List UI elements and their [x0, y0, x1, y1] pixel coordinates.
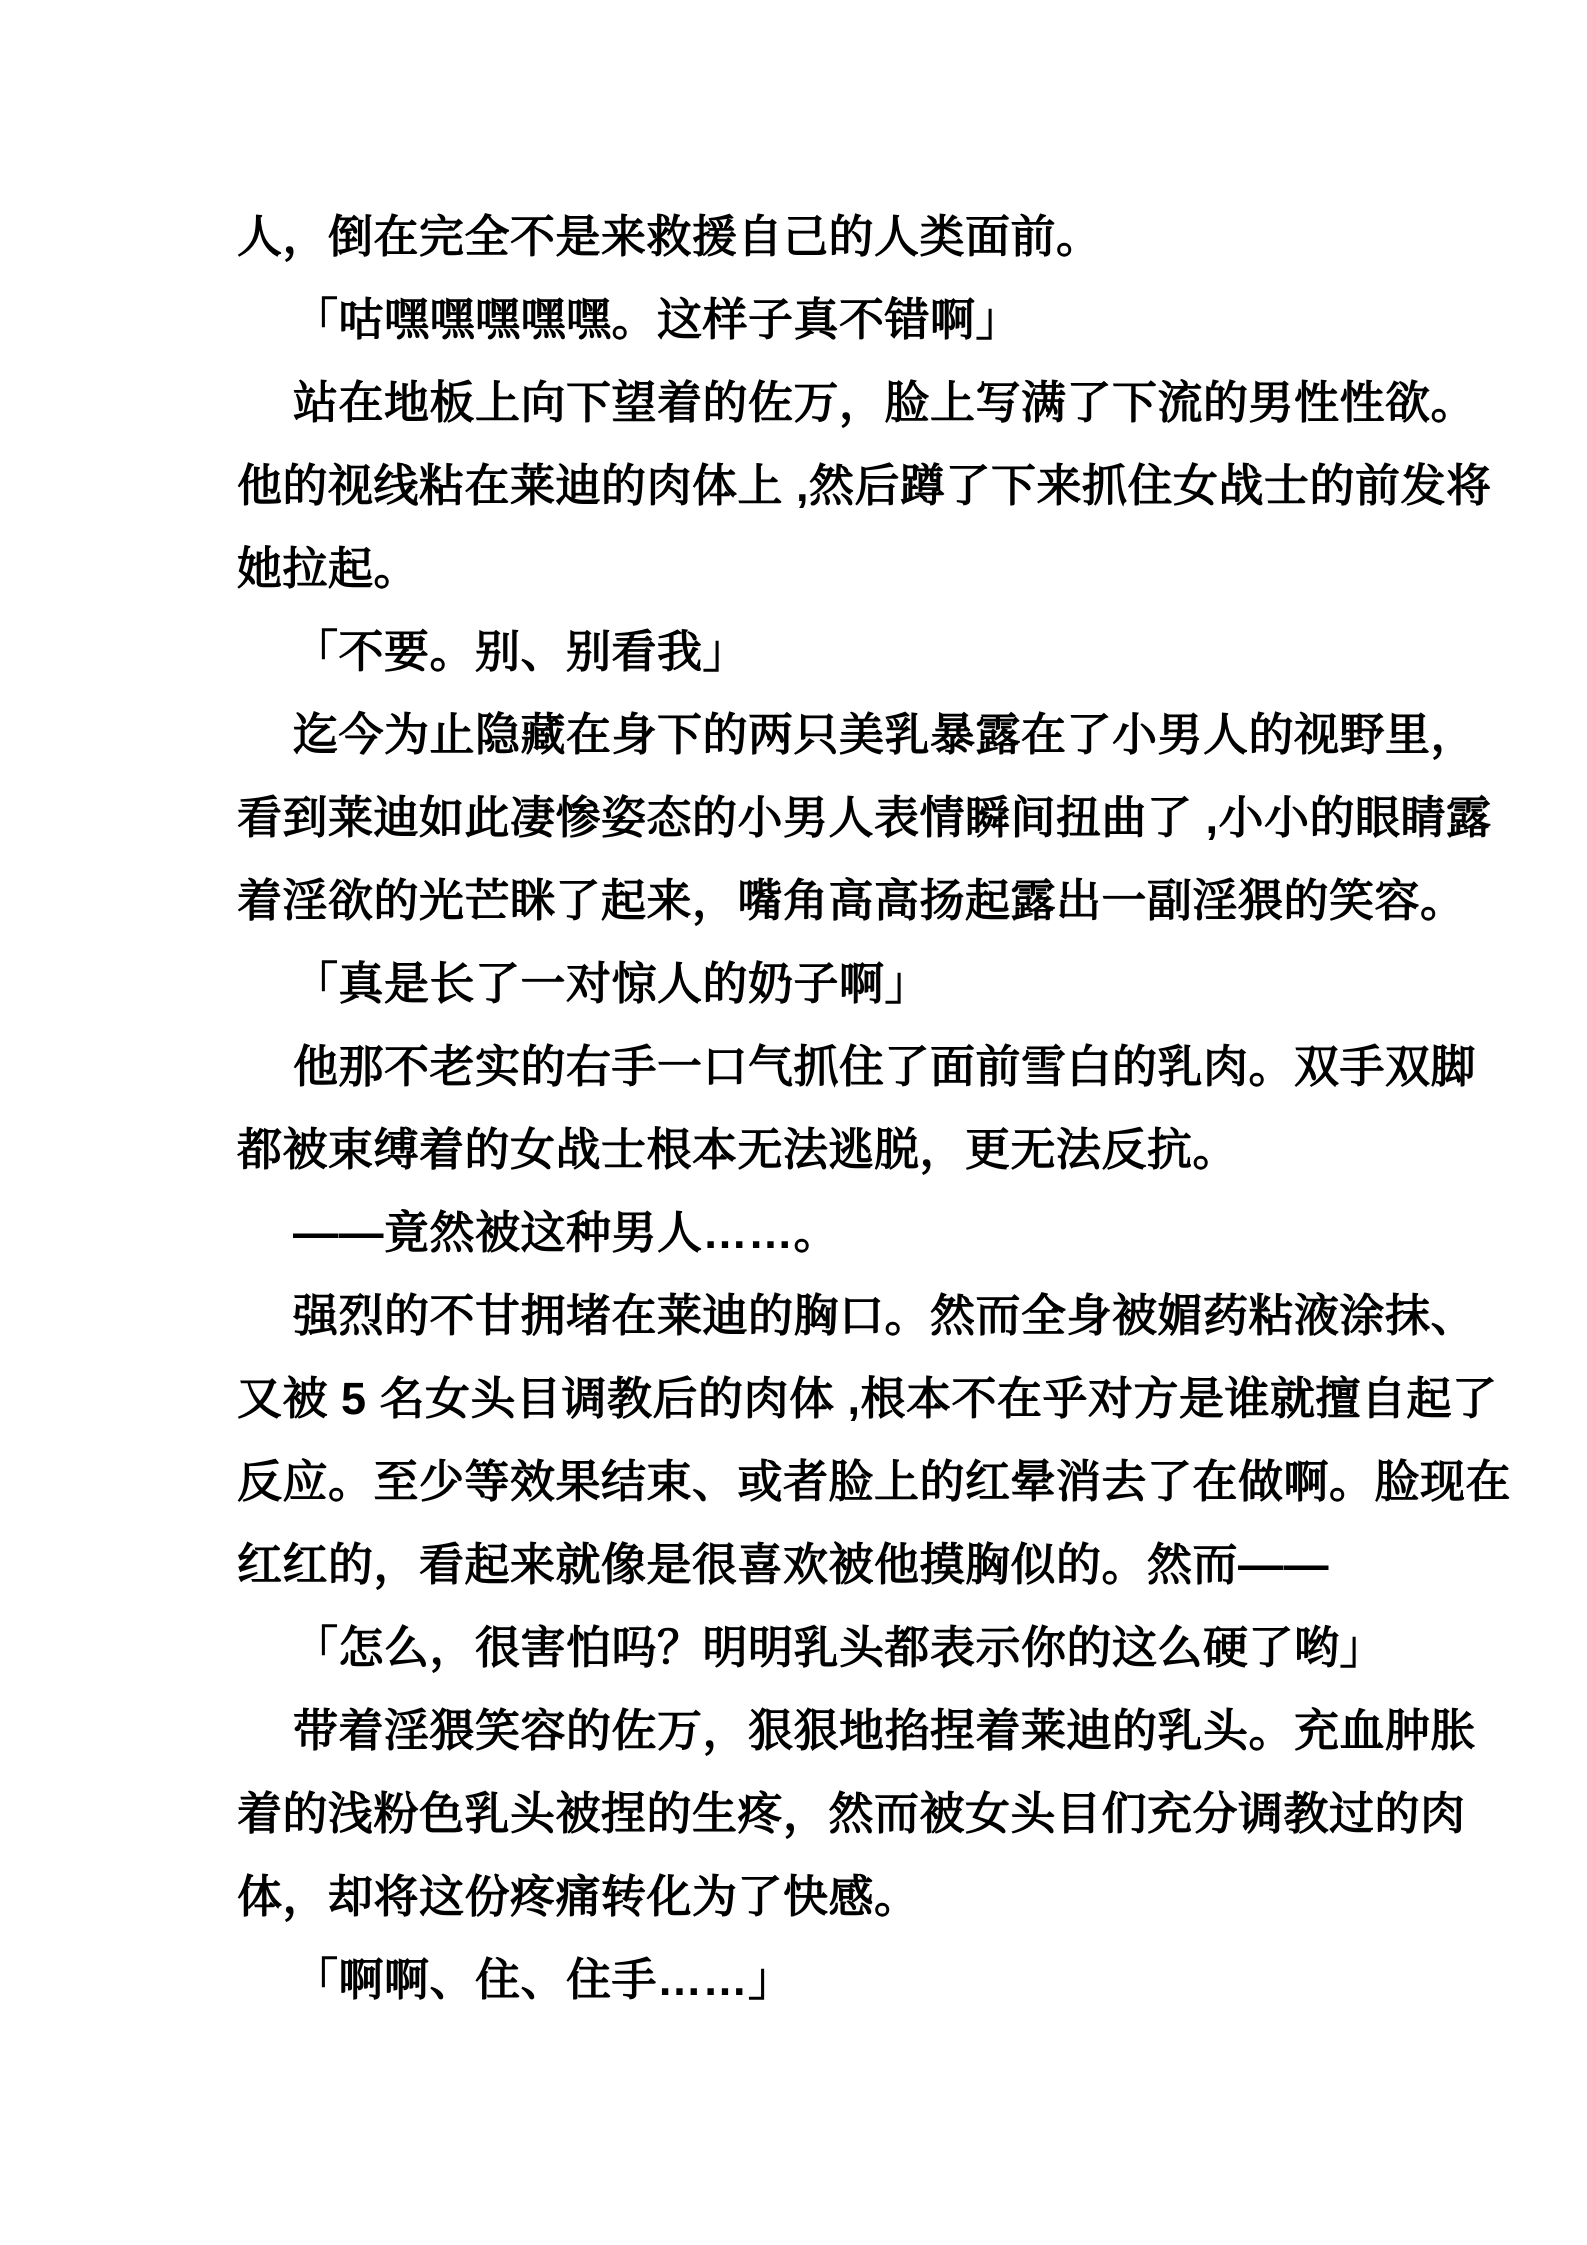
- text-line: 看到莱迪如此凄惨姿态的小男人表情瞬间扭曲了 ,小小的眼睛露: [237, 776, 1437, 859]
- text-line: 都被束缚着的女战士根本无法逃脱，更无法反抗。: [237, 1108, 1437, 1191]
- text-line: 「怎么，很害怕吗？明明乳头都表示你的这么硬了哟」: [237, 1606, 1437, 1689]
- text-line: 人，倒在完全不是来救援自己的人类面前。: [237, 195, 1437, 278]
- text-line: 强烈的不甘拥堵在莱迪的胸口。然而全身被媚药粘液涂抹、: [237, 1274, 1437, 1357]
- text-line: 红红的，看起来就像是很喜欢被他摸胸似的。然而——: [237, 1523, 1437, 1606]
- text-line: 又被 5 名女头目调教后的肉体 ,根本不在乎对方是谁就擅自起了: [237, 1357, 1437, 1440]
- text-line: 体，却将这份疼痛转化为了快感。: [237, 1855, 1437, 1938]
- text-line: 着的浅粉色乳头被捏的生疼，然而被女头目们充分调教过的肉: [237, 1772, 1437, 1855]
- text-line: 「咕嘿嘿嘿嘿嘿。这样子真不错啊」: [237, 278, 1437, 361]
- text-line: 着淫欲的光芒眯了起来，嘴角高高扬起露出一副淫猥的笑容。: [237, 859, 1437, 942]
- text-line: 「啊啊、住、住手……」: [237, 1938, 1437, 2021]
- text-line: 站在地板上向下望着的佐万，脸上写满了下流的男性性欲。: [237, 361, 1437, 444]
- text-line: 「真是长了一对惊人的奶子啊」: [237, 942, 1437, 1025]
- text-line: 「不要。别、别看我」: [237, 610, 1437, 693]
- text-line: 带着淫猥笑容的佐万，狠狠地掐捏着莱迪的乳头。充血肿胀: [237, 1689, 1437, 1772]
- text-line: 反应。至少等效果结束、或者脸上的红晕消去了在做啊。脸现在: [237, 1440, 1437, 1523]
- text-line: ——竟然被这种男人……。: [237, 1191, 1437, 1274]
- text-line: 她拉起。: [237, 527, 1437, 610]
- text-column: 人，倒在完全不是来救援自己的人类面前。「咕嘿嘿嘿嘿嘿。这样子真不错啊」站在地板上…: [237, 195, 1437, 2021]
- text-line: 他的视线粘在莱迪的肉体上 ,然后蹲了下来抓住女战士的前发将: [237, 444, 1437, 527]
- document-page: 人，倒在完全不是来救援自己的人类面前。「咕嘿嘿嘿嘿嘿。这样子真不错啊」站在地板上…: [0, 0, 1587, 2245]
- text-line: 他那不老实的右手一口气抓住了面前雪白的乳肉。双手双脚: [237, 1025, 1437, 1108]
- text-line: 迄今为止隐藏在身下的两只美乳暴露在了小男人的视野里，: [237, 693, 1437, 776]
